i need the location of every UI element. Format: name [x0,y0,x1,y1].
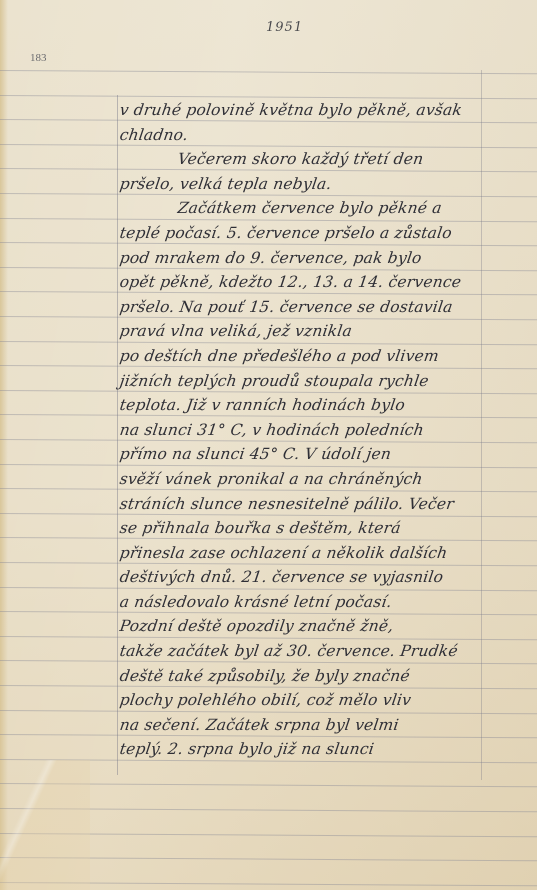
text-line: teplé počasí. 5. července pršelo a zůsta… [118,221,493,246]
text-line: stráních slunce nesnesitelně pálilo. Več… [118,492,493,517]
text-line: jižních teplých proudů stoupala rychle [118,369,493,394]
text-line: chladno. [118,123,493,148]
text-line: takže začátek byl až 30. července. Prudk… [118,639,493,664]
text-line: v druhé polovině května bylo pěkně, avša… [118,98,493,123]
text-line: Začátkem července bylo pěkné a [118,196,493,221]
text-line: opět pěkně, kdežto 12., 13. a 14. červen… [118,270,493,295]
text-line: teplý. 2. srpna bylo již na slunci [118,737,493,762]
text-line: plochy polehlého obilí, což mělo vliv [118,688,493,713]
text-line: Večerem skoro každý třetí den [118,147,493,172]
text-line: pršelo. Na pouť 15. července se dostavil… [118,295,493,320]
text-line: se přihnala bouřka s deštěm, která [118,516,493,541]
ruled-line [0,70,537,74]
text-line: pravá vlna veliká, jež vznikla [118,319,493,344]
text-line: deštivých dnů. 21. července se vyjasnilo [118,565,493,590]
text-line: teplota. Již v ranních hodinách bylo [118,393,493,418]
text-line: po deštích dne předešlého a pod vlivem [118,344,493,369]
page-edge [0,0,8,890]
year-header: 1951 [266,20,303,35]
text-line: přímo na slunci 45° C. V údolí jen [118,442,493,467]
handwritten-text: v druhé polovině května bylo pěkně, avša… [118,98,490,762]
page-number: 183 [30,52,47,64]
document-page: 1951 183 v druhé polovině května bylo pě… [0,0,537,890]
text-line: svěží vánek pronikal a na chráněných [118,467,493,492]
text-line: na slunci 31° C, v hodinách poledních [118,418,493,443]
text-line: a následovalo krásné letní počasí. [118,590,493,615]
page-fold-crease [0,760,90,890]
text-line: přinesla zase ochlazení a několik dalšíc… [118,541,493,566]
text-line: deště také způsobily, že byly značné [118,664,493,689]
text-line: pod mrakem do 9. července, pak bylo [118,246,493,271]
text-line: na sečení. Začátek srpna byl velmi [118,713,493,738]
text-line: Pozdní deště opozdily značně žně, [118,614,493,639]
text-line: pršelo, velká tepla nebyla. [118,172,493,197]
